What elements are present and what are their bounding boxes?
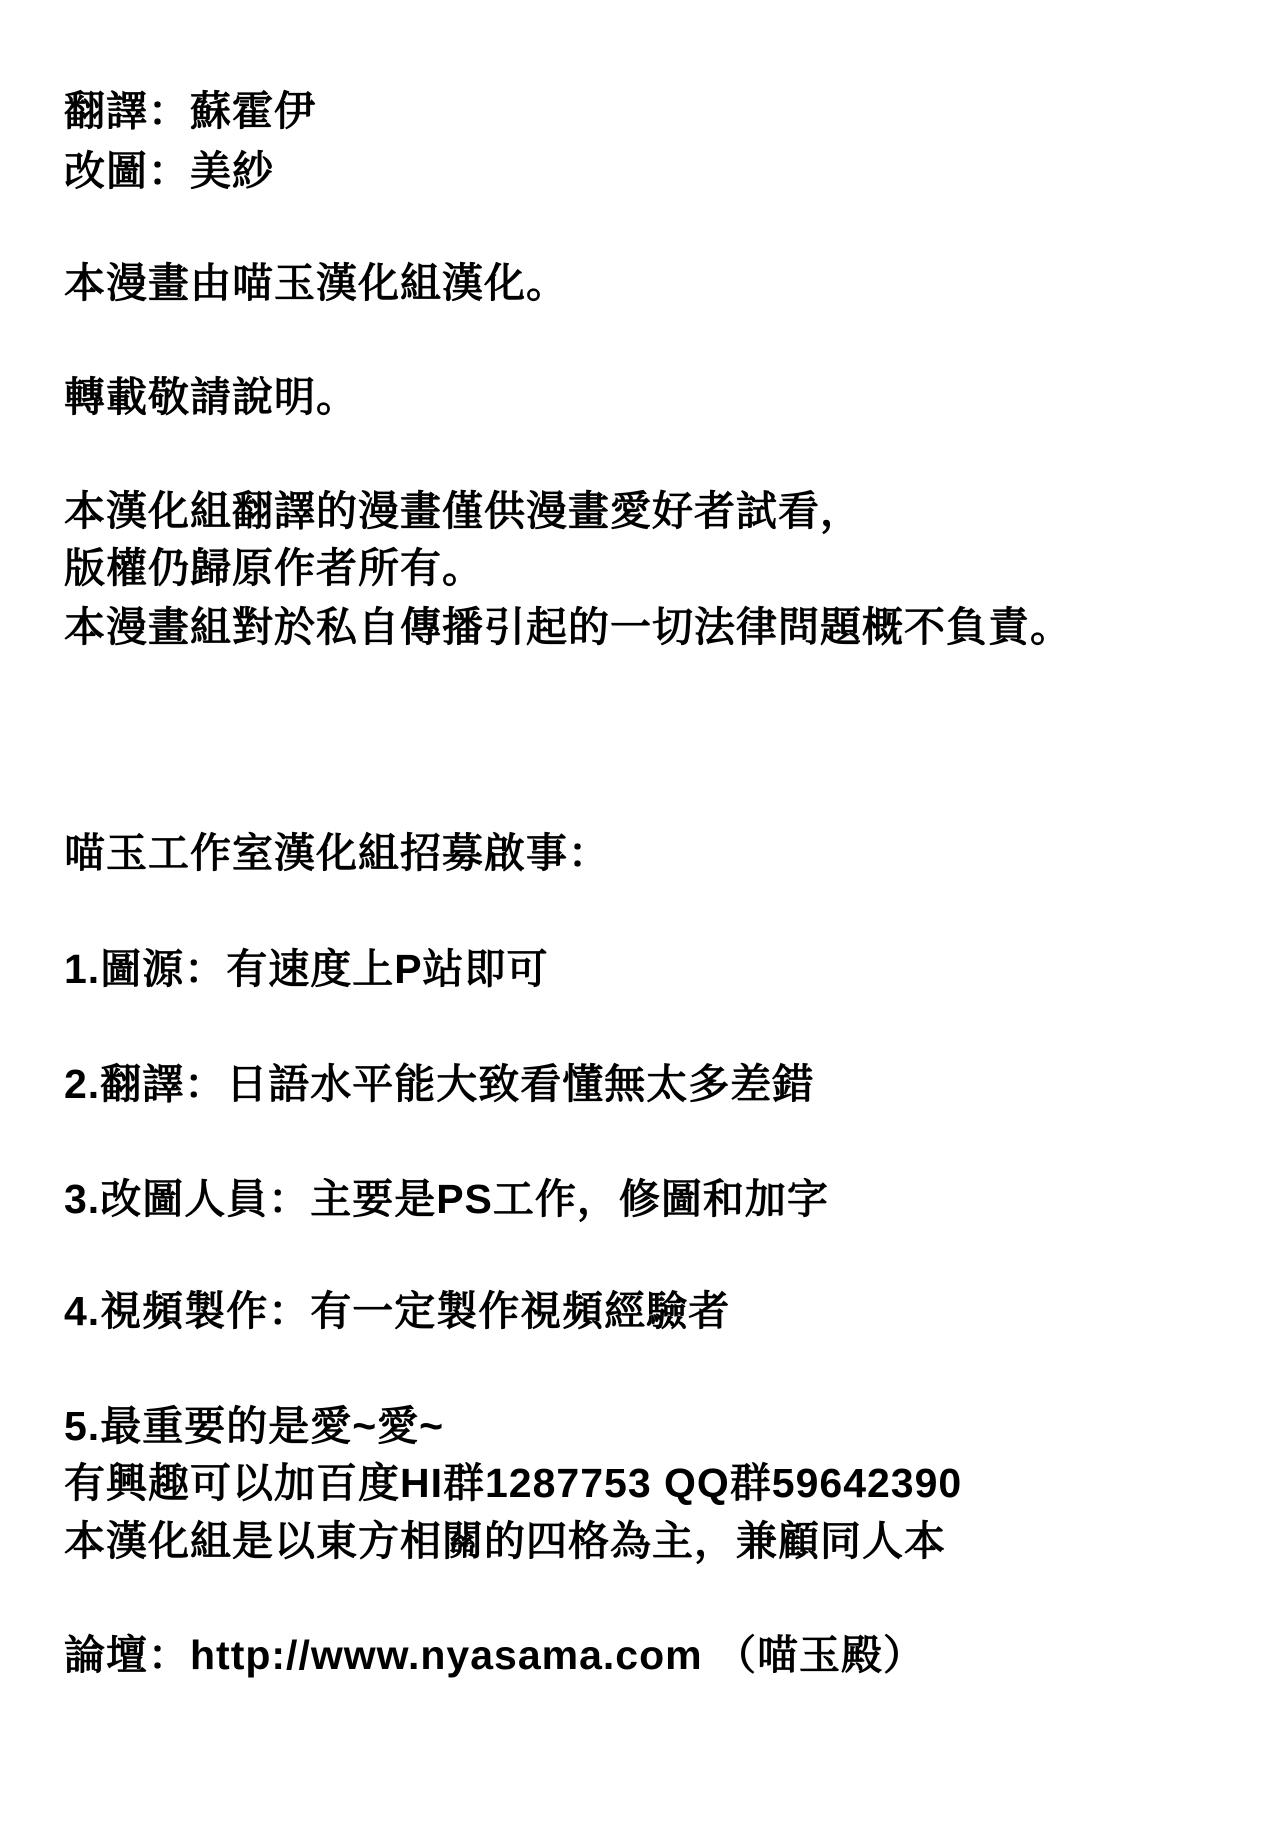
editor-credit-line: 改圖：美紗 <box>64 150 274 193</box>
repost-notice-line: 轉載敬請說明。 <box>64 376 358 419</box>
recruitment-item-translation: 2.翻譯：日語水平能大致看懂無太多差錯 <box>64 1063 814 1106</box>
disclaimer-line-3: 本漫畫組對於私自傳播引起的一切法律問題概不負責。 <box>64 606 1072 649</box>
recruitment-item-sources: 1.圖源：有速度上P站即可 <box>64 948 549 991</box>
recruitment-item-love: 5.最重要的是愛~愛~ <box>64 1405 444 1448</box>
forum-url-line: 論壇：http://www.nyasama.com （喵玉殿） <box>64 1634 925 1677</box>
group-attribution-line: 本漫畫由喵玉漢化組漢化。 <box>64 262 568 305</box>
contact-groups-line: 有興趣可以加百度HI群1287753 QQ群59642390 <box>64 1462 962 1505</box>
recruitment-heading: 喵玉工作室漢化組招募啟事： <box>64 832 610 875</box>
translator-credit-line: 翻譯：蘇霍伊 <box>64 90 316 133</box>
recruitment-item-editing: 3.改圖人員：主要是PS工作，修圖和加字 <box>64 1178 829 1221</box>
recruitment-item-video: 4.視頻製作：有一定製作視頻經驗者 <box>64 1290 730 1333</box>
disclaimer-line-2: 版權仍歸原作者所有。 <box>64 547 484 590</box>
disclaimer-line-1: 本漢化組翻譯的漫畫僅供漫畫愛好者試看， <box>64 490 862 533</box>
scanlation-credits-page: 翻譯：蘇霍伊 改圖：美紗 本漫畫由喵玉漢化組漢化。 轉載敬請說明。 本漢化組翻譯… <box>0 0 1280 1823</box>
group-focus-line: 本漢化組是以東方相關的四格為主，兼顧同人本 <box>64 1520 946 1563</box>
